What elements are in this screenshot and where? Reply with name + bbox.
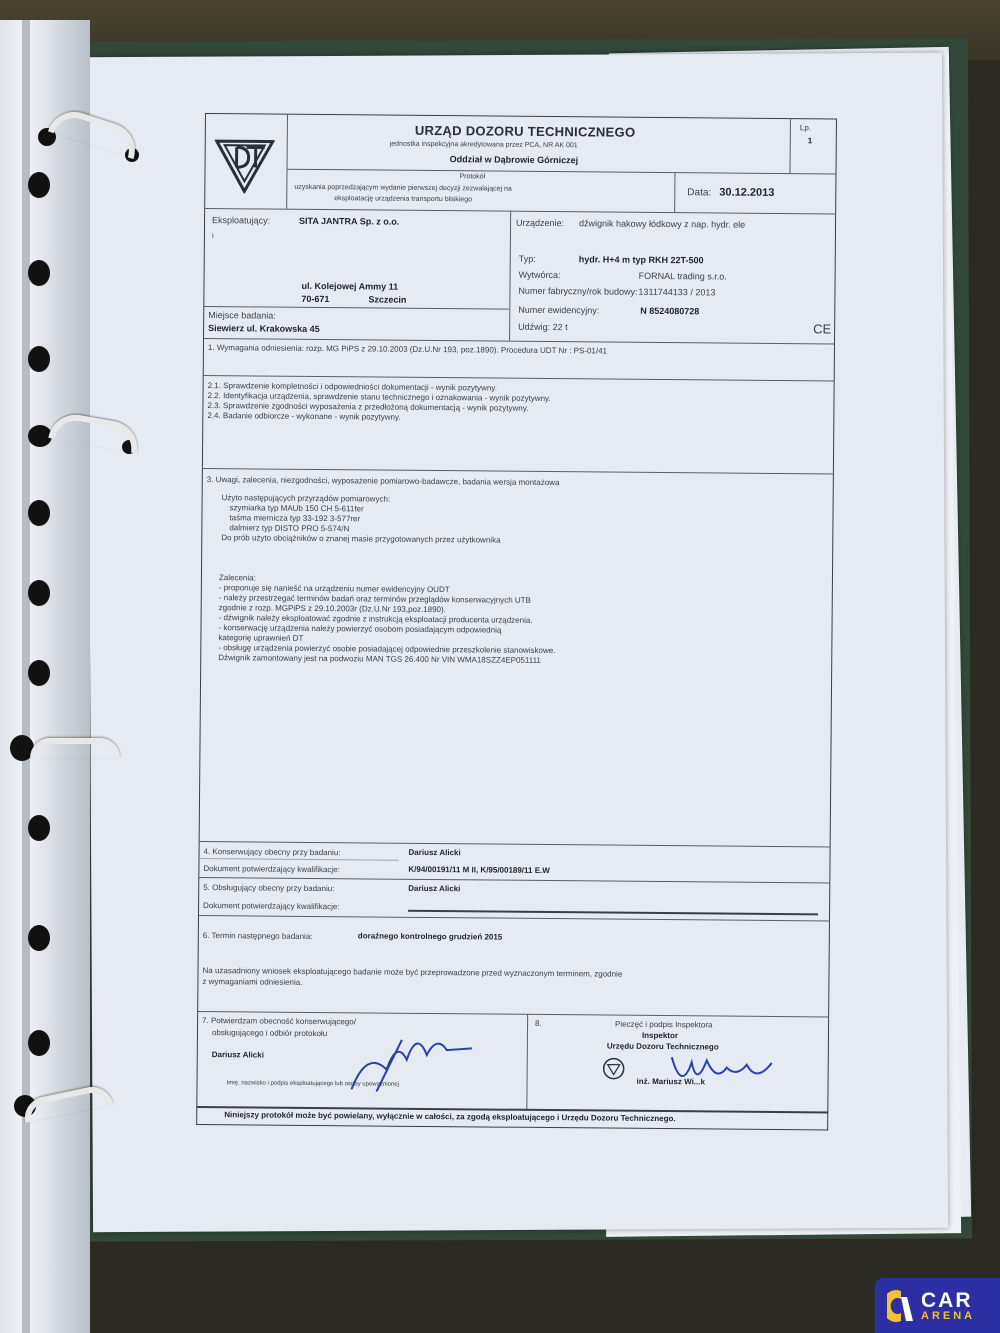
udt-logo-icon [214,133,275,194]
inspector-signature-icon [666,1042,776,1098]
punch-hole [28,172,50,198]
section-4-doc-value: K/94/00191/11 M II, K/95/00189/11 E.W [408,865,550,875]
operator-street: ul. Kolejowej Ammy 11 [301,281,398,292]
type-label: Typ: [519,254,536,264]
instruments-intro: Użyto następujących przyrządów pomiarowy… [222,493,391,503]
punch-hole [28,1030,50,1056]
device-value: dźwignik hakowy łódkowy z nap. hydr. ele [579,218,745,229]
car-arena-logo-icon [887,1289,913,1323]
section-6-label: 6. Termin następnego badania: [203,931,313,941]
section-2-item: 2.4. Badanie odbiorcze - wykonane - wyni… [207,411,400,422]
section-8-number: 8. [535,1019,542,1028]
org-title: URZĄD DOZORU TECHNICZNEGO [415,123,636,140]
site-label: Miejsce badania: [208,310,276,321]
section-8-label: Pieczęć i podpis Inspektora [615,1020,712,1030]
punch-hole [28,580,50,606]
section-4-doc-label: Dokument potwierdzający kwalifikacje: [203,864,340,874]
watermark-arena: ARENA [921,1311,975,1322]
section-5-doc-label: Dokument potwierdzający kwalifikacje: [203,901,340,911]
section-4-value: Dariusz Alicki [409,848,461,857]
lp-label: Lp. [800,123,811,132]
date-value: 30.12.2013 [719,186,774,198]
punch-hole [28,346,50,372]
reg-value: N 8524080728 [640,306,699,317]
operator-postal: 70-671 [301,294,329,304]
reg-label: Numer ewidencyjny: [518,305,599,316]
operator-city: Szczecin [368,294,406,304]
serial-label: Numer fabryczny/rok budowy: [518,286,637,297]
device-label: Urządzenie: [516,218,564,228]
instrument-item: dalmierz typ DISTO PRO 5-574/N [229,523,349,533]
protocol-subject-2: eksploatację urządzenia transportu blisk… [334,195,472,203]
watermark-car: CAR [921,1290,975,1311]
protocol-label: Protokół [459,173,485,180]
operator-marker: I [212,233,214,240]
type-value: hydr. H+4 m typ RKH 22T-500 [579,254,704,265]
stamp-line-1: Inspektor [642,1031,678,1040]
udt-stamp-icon [602,1056,626,1080]
manufacturer-label: Wytwórca: [519,270,561,280]
operator-name: SITA JANTRA Sp. z o.o. [299,216,399,227]
capacity-label: Udźwig: 22 t [518,322,568,332]
section-7-label: obsługującego i odbiór protokołu [212,1028,327,1038]
instrument-item: taśma miernicza typ 33-192 3-577rer [229,513,360,523]
punch-hole [28,925,50,951]
site-value: Siewierz ul. Krakowska 45 [208,323,320,334]
lp-value: 1 [808,136,813,145]
operator-signature-icon [346,1019,477,1095]
punch-hole [28,260,50,286]
section-7-name: Dariusz Alicki [212,1050,264,1059]
car-arena-watermark: CAR ARENA [875,1278,1000,1333]
udt-protocol-form: URZĄD DOZORU TECHNICZNEGO jednostka insp… [196,113,855,1134]
manufacturer-value: FORNAL trading s.r.o. [639,271,727,282]
section-4-label: 4. Konserwujący obecny przy badaniu: [204,847,341,857]
punch-hole [28,660,50,686]
branch-name: Oddział w Dąbrowie Górniczej [450,154,579,165]
section-6-value: doraźnego kontrolnego grudzień 2015 [358,931,503,941]
section-6-note: z wymaganiami odniesienia. [202,977,302,987]
serial-value: 1311744133 / 2013 [638,287,715,298]
operator-label: Eksploatujący: [212,215,270,226]
section-5-value: Dariusz Alicki [408,884,460,893]
instrument-item: szymiarka typ MAUb 150 CH 5-611fer [230,503,364,513]
section-5-label: 5. Obsługujący obecny przy badaniu: [203,883,334,893]
recommendations-label: Zalecenia: [219,573,256,582]
binder-ring [30,738,120,758]
date-label: Data: [687,187,711,198]
punch-hole [28,815,50,841]
ce-mark: CE [813,321,831,336]
section-7-label: 7. Potwierdzam obecność konserwującego/ [202,1016,356,1026]
punch-hole [28,500,50,526]
recommendation-item: kategorię uprawnień DT [218,633,303,643]
